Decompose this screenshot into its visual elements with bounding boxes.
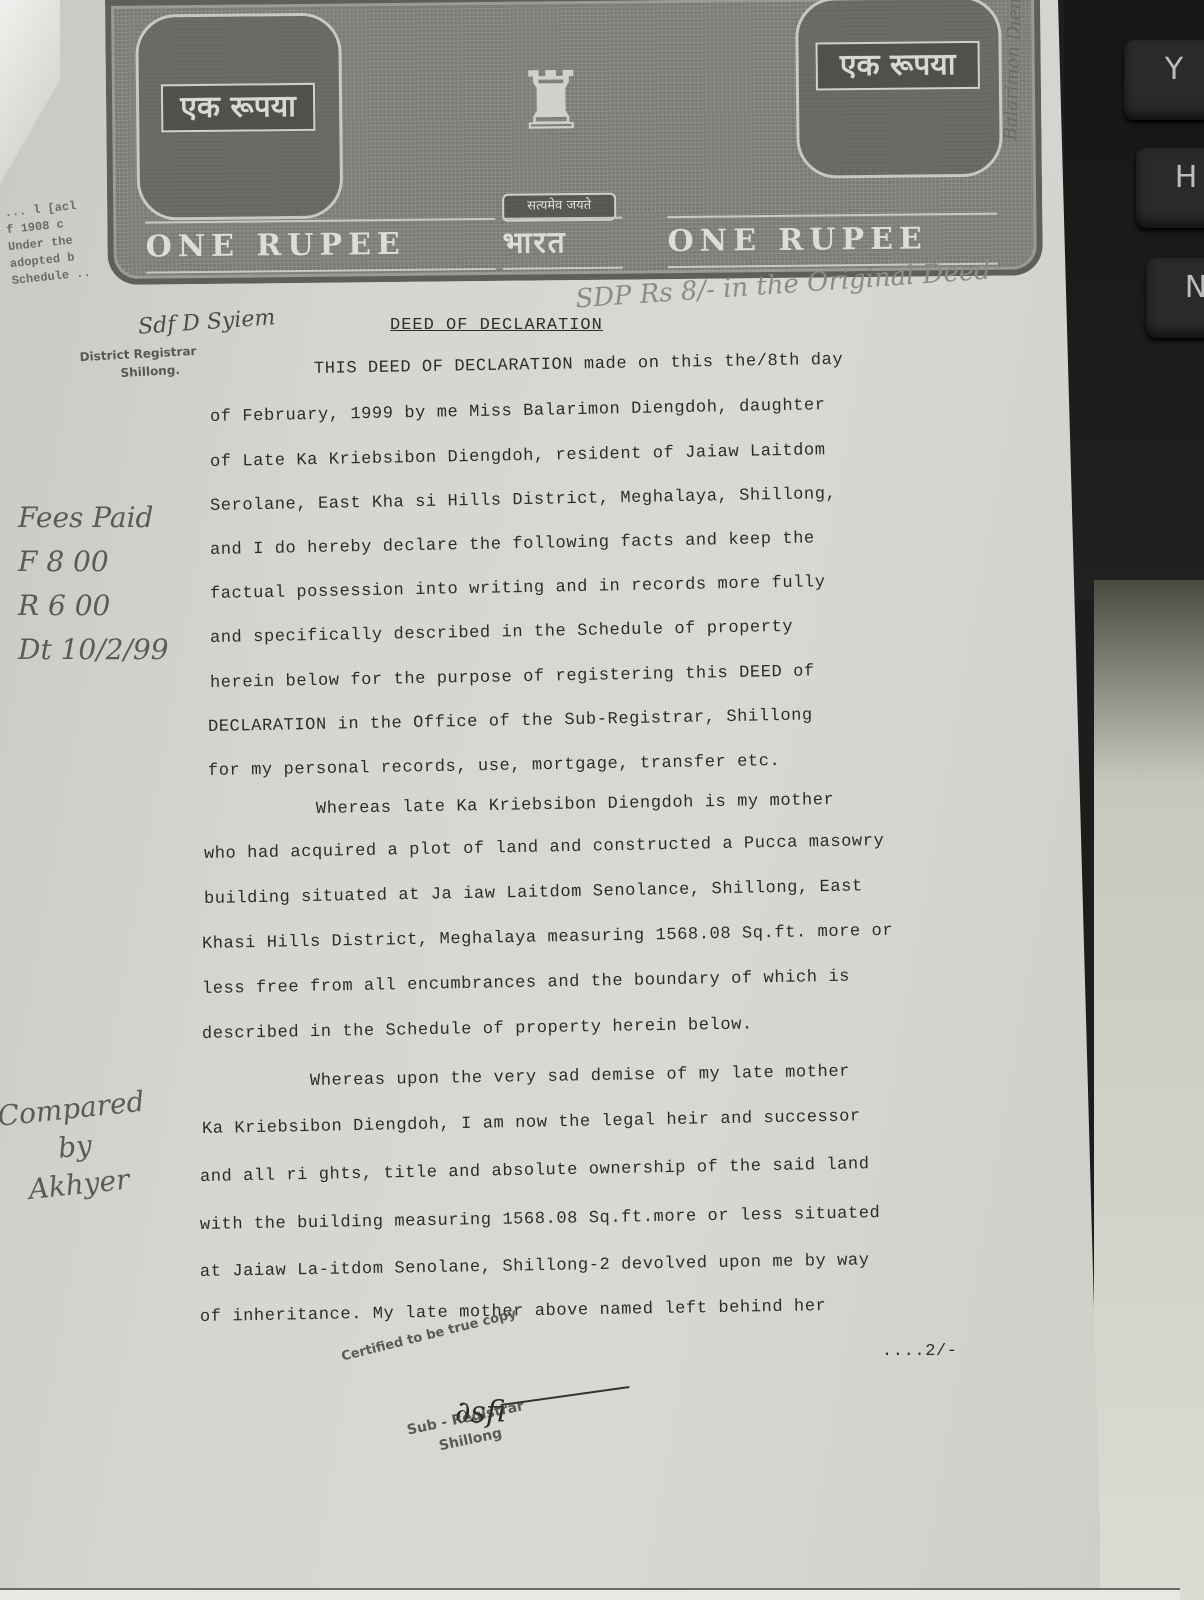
compared-by-note: Compared by Akhyer [0, 1082, 156, 1211]
keyboard-key-n: N [1146, 258, 1204, 338]
stamp-hindi-value-right: एक रूपया [815, 41, 979, 91]
document-title: DEED OF DECLARATION [390, 316, 603, 335]
keyboard-key-h: H [1136, 148, 1204, 228]
page-continuation-marker: ....2/- [882, 1342, 958, 1361]
fees-paid-date: Dt 10/2/99 [18, 628, 169, 672]
district-registrar-stamp: District Registrar Shillong. [79, 342, 198, 384]
fees-paid-heading: Fees Paid [18, 496, 169, 540]
stamp-band-left: ONE RUPEE [145, 218, 496, 274]
desk-surface [1094, 580, 1204, 1600]
stamp-hindi-value-left: एक रूपया [161, 83, 315, 133]
fees-paid-item: F 8 00 [18, 540, 169, 584]
keyboard-key-y: Y [1124, 40, 1204, 120]
page-curl [0, 0, 60, 200]
one-rupee-revenue-stamp: एक रूपया एक रूपया ♜ सत्यमेव जयते ONE RUP… [105, 0, 1043, 285]
page-bottom-edge [0, 1588, 1180, 1600]
margin-printed-note: ... l [acl f 1908 c Under the adopted b … [4, 195, 112, 290]
keyboard-background: Y H N [1064, 0, 1204, 600]
stamp-country: भारत [502, 217, 623, 270]
fees-paid-note: Fees Paid F 8 00 R 6 00 Dt 10/2/99 [18, 496, 169, 672]
lion-capital-emblem-icon: ♜ [500, 15, 602, 186]
fees-paid-item: R 6 00 [18, 584, 169, 628]
